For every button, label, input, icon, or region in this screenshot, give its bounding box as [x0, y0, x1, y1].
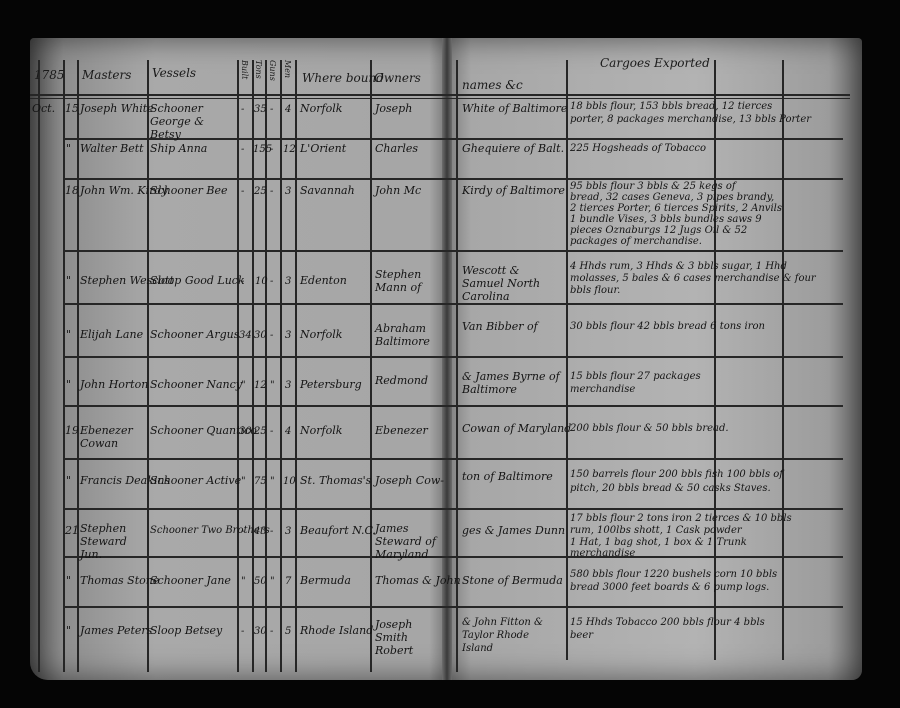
men: 10 [283, 476, 296, 487]
owner-continued: Van Bibber of [462, 320, 538, 333]
owner-continued: Cowan of Maryland [462, 422, 571, 435]
owner-continued: White of Baltimore [462, 102, 567, 115]
col-c: " [270, 380, 275, 391]
col-c: - [270, 276, 273, 287]
day: 18 [65, 184, 79, 197]
where-bound: Beaufort N.C. [300, 524, 376, 537]
men: 3 [285, 380, 291, 391]
col-a: " [241, 576, 246, 587]
owner: Joseph Cow- [375, 474, 444, 487]
day: " [66, 142, 71, 155]
cargo-line: 15 Hhds Tobacco 200 bbls flour 4 bbls [570, 616, 765, 629]
owner: Redmond [375, 374, 428, 387]
men: 3 [285, 330, 291, 341]
tons: 50 [254, 576, 267, 587]
col-c: - [270, 144, 273, 155]
header-guns: Guns [268, 60, 277, 81]
day: 21 [65, 524, 79, 537]
header-owners: Owners [374, 71, 421, 85]
vessel: Schooner Two Brothers [150, 524, 270, 537]
header-built: Built [240, 60, 249, 79]
where-bound: Petersburg [300, 378, 362, 391]
col-c: - [270, 186, 273, 197]
ledger-book: 1785 Masters Vessels Built Tons Guns Men… [30, 38, 862, 680]
men: 3 [285, 186, 291, 197]
tons: 75 [254, 476, 267, 487]
vessel: Ship Anna [150, 142, 207, 155]
owner-continued: ges & James Dunn [462, 524, 565, 537]
col-c: - [270, 526, 273, 537]
vessel: Schooner Argus [150, 328, 239, 341]
column-divider [63, 60, 65, 672]
cargo-line: 18 bbls flour, 153 bbls bread, 12 tierce… [570, 100, 772, 113]
master: Elijah Lane [80, 328, 143, 341]
tons: 43 [254, 526, 267, 537]
row-rule [63, 556, 843, 558]
where-bound: Norfolk [300, 102, 342, 115]
col-a: 34 [239, 330, 252, 341]
col-c: " [270, 476, 275, 487]
where-bound: Edenton [300, 274, 347, 287]
men: 7 [285, 576, 291, 587]
cargo-line: 30 bbls flour 42 bbls bread 6 tons iron [570, 320, 765, 333]
men: 4 [285, 426, 291, 437]
cargo-line: 580 bbls flour 1220 bushels corn 10 bbls [570, 568, 777, 581]
column-divider [77, 60, 79, 672]
column-divider [280, 60, 282, 672]
header-men: Men [283, 60, 292, 78]
cargo-line: 200 bbls flour & 50 bbls bread. [570, 422, 729, 435]
master: Walter Bett [80, 142, 144, 155]
col-a: - [241, 626, 244, 637]
where-bound: L'Orient [300, 142, 346, 155]
day: 19 [65, 424, 79, 437]
owner: Joseph Smith Robert [375, 618, 441, 657]
vessel: Schooner Active [150, 474, 241, 487]
tons: 12 [254, 380, 267, 391]
men: 12 [283, 144, 296, 155]
day: " [66, 378, 71, 391]
header-tons: Tons [254, 60, 263, 79]
master: Joseph White [80, 102, 154, 115]
where-bound: Rhode Island [300, 624, 373, 637]
owner: Stephen Mann of [375, 268, 439, 294]
where-bound: St. Thomas's [300, 474, 371, 487]
col-a: 30 [239, 426, 252, 437]
owner-continued: Kirdy of Baltimore [462, 184, 565, 197]
row-rule [63, 405, 843, 407]
cargo-line: packages of merchandise. [570, 235, 702, 248]
vessel: Schooner Nancy [150, 378, 242, 391]
row-rule [63, 508, 843, 510]
owner: Charles [375, 142, 418, 155]
header-names: names &c [462, 78, 523, 92]
row-rule [63, 303, 843, 305]
column-divider [370, 60, 372, 672]
owner-continued: & John Fitton & Taylor Rhode Island [462, 616, 562, 655]
where-bound: Bermuda [300, 574, 351, 587]
column-divider [237, 60, 239, 672]
owner-continued: & James Byrne of Baltimore [462, 370, 562, 396]
col-a: - [241, 186, 244, 197]
col-a: - [241, 144, 244, 155]
tons: 30 [254, 626, 267, 637]
cargo-line: bread 3000 feet boards & 6 pump logs. [570, 581, 769, 594]
col-c: " [270, 576, 275, 587]
vessel: Schooner Bee [150, 184, 227, 197]
owner: Abraham Baltimore [375, 322, 439, 348]
col-c: - [270, 330, 273, 341]
row-rule [63, 606, 843, 608]
cargo-line: beer [570, 629, 593, 642]
vessel: Sloop Betsey [150, 624, 222, 637]
where-bound: Norfolk [300, 424, 342, 437]
master: Thomas Stone [80, 574, 159, 587]
day: " [66, 624, 71, 637]
cargo-line: 225 Hogsheads of Tobacco [570, 142, 706, 155]
owner: John Mc [375, 184, 421, 197]
tons: 30 [254, 330, 267, 341]
cargo-line: pitch, 20 bbls bread & 50 casks Staves. [570, 482, 771, 495]
men: 4 [285, 104, 291, 115]
owner: Thomas & John [375, 574, 461, 587]
row-rule [63, 356, 843, 358]
row-rule [63, 458, 843, 460]
tons: 10 [255, 276, 268, 287]
vessel: Schooner Jane [150, 574, 231, 587]
owner: James Steward of Maryland [375, 522, 441, 561]
where-bound: Savannah [300, 184, 355, 197]
tons: 35 [254, 104, 267, 115]
day: " [66, 274, 71, 287]
where-bound: Norfolk [300, 328, 342, 341]
cargo-line: 15 bbls flour 27 packages [570, 370, 701, 383]
month-label: Oct. [32, 102, 55, 115]
men: 3 [285, 526, 291, 537]
men: 5 [285, 626, 291, 637]
header-rule [30, 98, 850, 99]
day: " [66, 328, 71, 341]
column-divider [782, 60, 784, 660]
col-a: " [241, 476, 246, 487]
men: 3 [285, 276, 291, 287]
master: John Horton [80, 378, 148, 391]
master: Ebenezer Cowan [80, 424, 144, 450]
cargo-line: porter, 8 packages merchandise, 13 bbls … [570, 113, 811, 126]
owner-continued: Ghequiere of Balt. [462, 142, 564, 155]
cargo-line: merchandise [570, 547, 635, 560]
owner-continued: Wescott & Samuel North Carolina [462, 264, 562, 303]
cargo-line: bbls flour. [570, 284, 620, 297]
row-rule [63, 250, 843, 252]
owner: Ebenezer [375, 424, 428, 437]
vessel: Schooner George & Betsy [150, 102, 236, 141]
column-divider [38, 60, 40, 672]
col-c: - [270, 104, 273, 115]
vessel: Sloop Good Luck [150, 274, 245, 287]
owner-continued: ton of Baltimore [462, 470, 553, 483]
master: Stephen Steward Jun. [80, 522, 144, 561]
header-rule [30, 94, 850, 96]
day: 15 [65, 102, 79, 115]
cargo-line: merchandise [570, 383, 635, 396]
col-a: - [241, 104, 244, 115]
column-divider [566, 60, 568, 660]
master: James Peters [80, 624, 152, 637]
col-a: - [241, 526, 244, 537]
col-c: - [270, 626, 273, 637]
day: " [66, 474, 71, 487]
owner: Joseph [375, 102, 412, 115]
col-a: - [241, 276, 244, 287]
cargo-line: 150 barrels flour 200 bbls fish 100 bbls… [570, 468, 783, 481]
header-where-bound: Where bound [302, 71, 384, 85]
tons: 25 [254, 426, 267, 437]
header-masters: Masters [82, 68, 131, 82]
owner-continued: Stone of Bermuda [462, 574, 563, 587]
header-vessels: Vessels [152, 66, 196, 80]
day: " [66, 574, 71, 587]
tons: 25 [254, 186, 267, 197]
header-year: 1785 [34, 68, 65, 82]
header-cargoes: Cargoes Exported [600, 56, 710, 70]
col-c: - [270, 426, 273, 437]
col-a: " [241, 380, 246, 391]
